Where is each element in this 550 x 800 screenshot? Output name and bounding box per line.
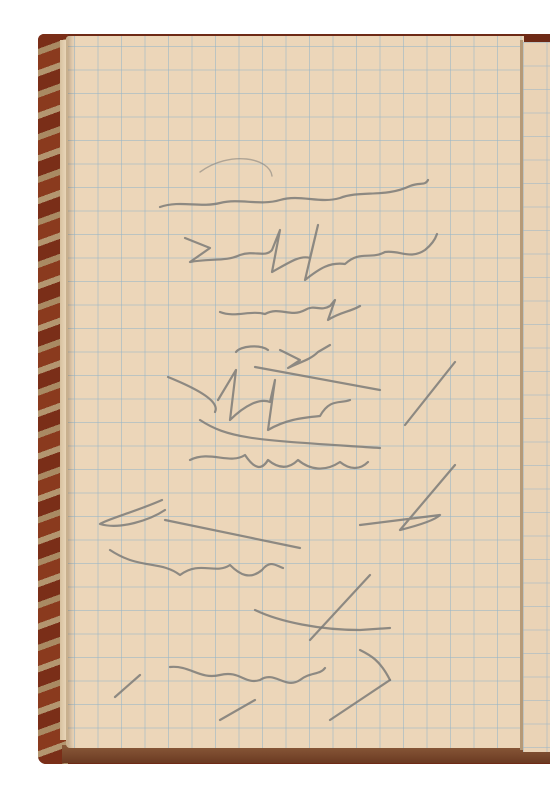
pencil-handwriting bbox=[0, 0, 550, 800]
